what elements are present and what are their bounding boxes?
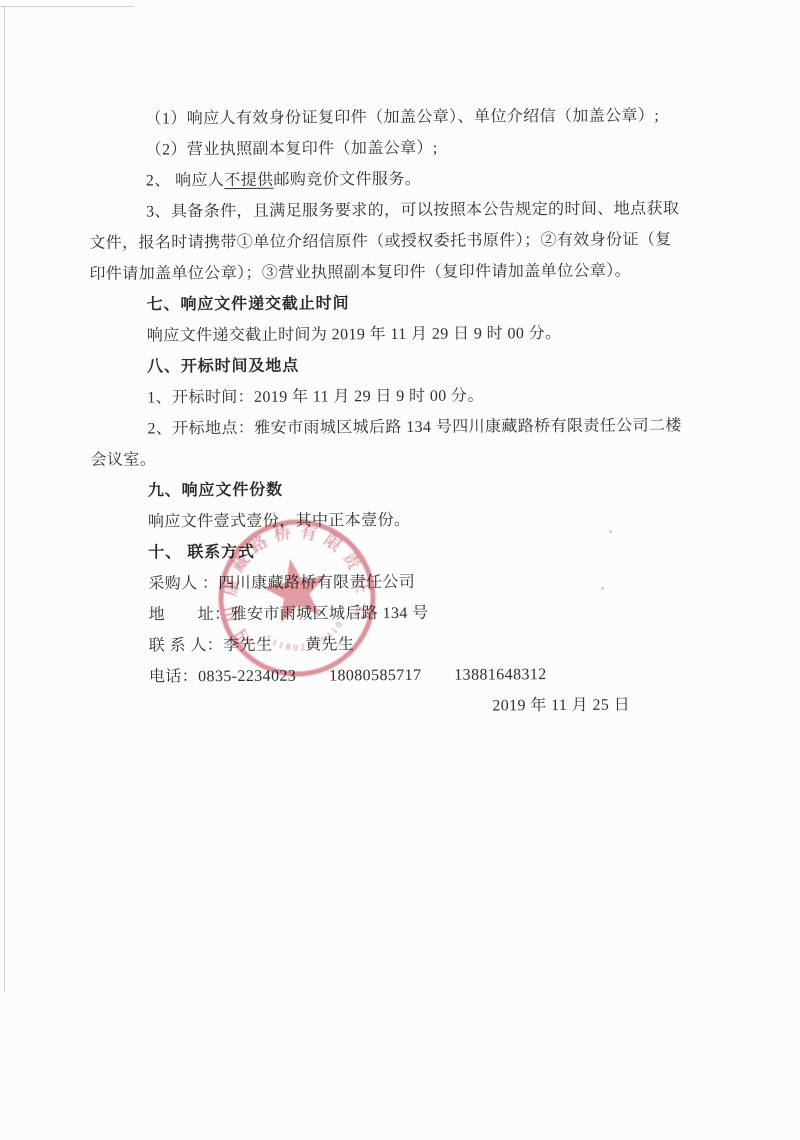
document-content: （1）响应人有效身份证复印件（加盖公章）、单位介绍信（加盖公章）; （2）营业执… <box>0 0 800 724</box>
address-line: 地 址：雅安市雨城区城后路 134 号 <box>91 596 711 631</box>
clause-conditions-2: 文件，报名时请携带①单位介绍信原件（或授权委托书原件）；②有效身份证（复 <box>89 224 709 259</box>
clause-suffix: 邮购竞价文件服务。 <box>273 171 421 189</box>
section-7-heading: 七、响应文件递交截止时间 <box>90 286 710 321</box>
document-date: 2019 年 11 月 25 日 <box>92 689 712 724</box>
clause-id-copy: （1）响应人有效身份证复印件（加盖公章）、单位介绍信（加盖公章）; <box>88 100 708 135</box>
copies-text: 响应文件壹式壹份，其中正本壹份。 <box>91 503 711 538</box>
section-10-heading: 十、 联系方式 <box>91 534 711 569</box>
bid-opening-place-1: 2、开标地点：雅安市雨城区城后路 134 号四川康藏路桥有限责任公司二楼 <box>90 410 710 445</box>
clause-conditions-1: 3、具备条件，且满足服务要求的，可以按照本公告规定的时间、地点获取 <box>89 193 709 228</box>
section-8-heading: 八、开标时间及地点 <box>90 348 710 383</box>
clause-conditions-3: 印件请加盖单位公章）；③营业执照副本复印件（复印件请加盖单位公章）。 <box>89 255 709 290</box>
clause-license-copy: （2）营业执照副本复印件（加盖公章）; <box>89 131 709 166</box>
seal-serial-text: 511802503410 <box>262 616 350 658</box>
bid-opening-place-2: 会议室。 <box>91 441 711 476</box>
clause-no-mail-order: 2、 响应人不提供邮购竞价文件服务。 <box>89 162 709 197</box>
clause-prefix: 2、 响应人 <box>146 172 225 189</box>
company-seal-stamp: 四川康藏路桥有限责任公司 511802503410 <box>199 500 396 697</box>
section-9-heading: 九、响应文件份数 <box>91 472 711 507</box>
deadline-text: 响应文件递交截止时间为 2019 年 11 月 29 日 9 时 00 分。 <box>90 317 710 352</box>
bid-opening-time: 1、开标时间：2019 年 11 月 29 日 9 时 00 分。 <box>90 379 710 414</box>
phone-line: 电话：0835-2234023 18080585717 13881648312 <box>92 658 712 693</box>
contact-person-line: 联 系 人：李先生 黄先生 <box>92 627 712 662</box>
seal-serial-textpath: 511802503410 <box>262 616 350 658</box>
underlined-text: 不提供 <box>224 172 273 189</box>
purchaser-line: 采购人 ：四川康藏路桥有限责任公司 <box>91 565 711 600</box>
seal-star-icon <box>258 553 332 625</box>
